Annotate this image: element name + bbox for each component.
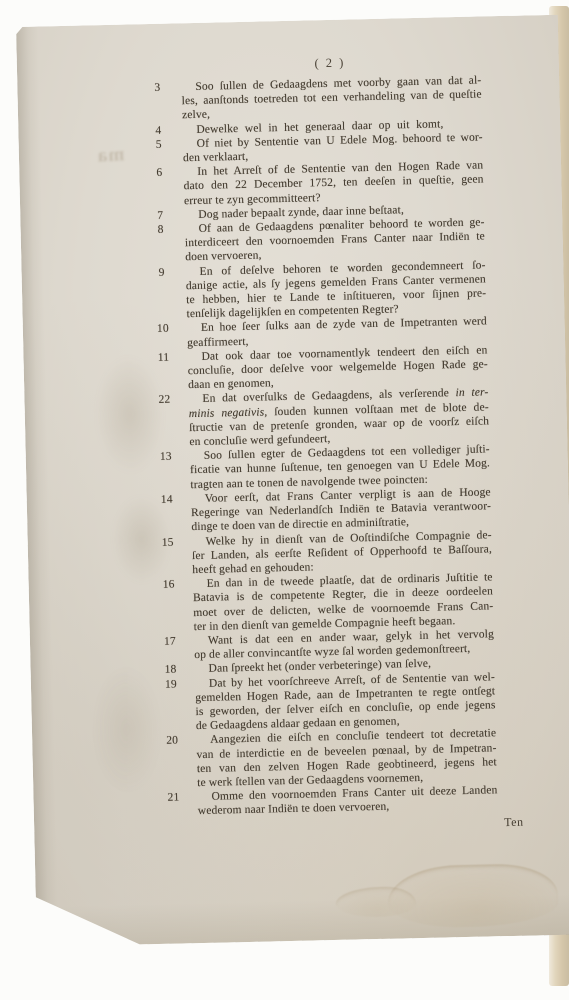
item-number: 20 (158, 734, 186, 749)
list-item: 20Aangezien die eiſch en concluſie tende… (196, 727, 497, 791)
item-number: 16 (155, 577, 183, 592)
item-number: 4 (144, 123, 172, 138)
item-paragraph: Dat by het voorſchreeve Arreſt, of de Se… (195, 670, 496, 734)
item-number: 7 (146, 208, 174, 223)
item-number: 15 (154, 535, 182, 550)
item-paragraph: En dan in de tweede plaatſe, dat de ordi… (193, 570, 494, 634)
list-item: 14Voor eerſt, dat Frans Canter verpligt … (191, 485, 492, 534)
item-number: 9 (147, 265, 175, 280)
item-number: 21 (159, 790, 187, 805)
list-item: 21Omme den voornoemden Frans Canter uit … (197, 783, 498, 818)
list-item: 22En dat overſulks de Gedaagdens, als ve… (188, 386, 489, 450)
catchword: Ten (504, 814, 564, 830)
list-item: 15Welke hy in dienſt van de Ooſtindiſche… (192, 528, 493, 577)
scanned-page: ma ( 2 ) 3Soo ſullen de Gedaagdens met v… (0, 0, 569, 1000)
item-paragraph: En dat overſulks de Gedaagdens, als verſ… (188, 386, 489, 450)
item-paragraph: Dat ook daar toe voornamentlyk tendeert … (187, 343, 488, 392)
list-item: 13Soo ſullen egter de Gedaagdens tot een… (190, 443, 491, 492)
item-paragraph: Soo ſullen de Gedaagdens met voorby gaan… (181, 73, 482, 122)
item-number: 13 (152, 450, 180, 465)
item-paragraph: Of aan de Gedaagdens pœnaliter behoord t… (184, 215, 485, 264)
list-item: 3Soo ſullen de Gedaagdens met voorby gaa… (181, 73, 482, 122)
item-number: 6 (145, 166, 173, 181)
item-number: 3 (143, 80, 171, 95)
show-through-smudge (91, 664, 164, 796)
item-paragraph: En of deſelve behoren te worden gecondem… (185, 258, 486, 322)
item-paragraph: Welke hy in dienſt van de Ooſtindiſche C… (192, 528, 493, 577)
item-paragraph: Soo ſullen egter de Gedaagdens tot een v… (190, 443, 491, 492)
list-item: 8Of aan de Gedaagdens pœnaliter behoord … (184, 215, 485, 264)
list-item: 19Dat by het voorſchreeve Arreſt, of de … (195, 670, 496, 734)
item-number: 22 (150, 393, 178, 408)
item-number: 14 (153, 492, 181, 507)
item-paragraph: Aangezien die eiſch en concluſie tendeer… (196, 727, 497, 791)
ink-show-through: ma (96, 144, 125, 168)
page-number: ( 2 ) (180, 52, 480, 74)
item-number: 11 (149, 350, 177, 365)
item-number: 5 (145, 137, 173, 152)
items-list: 3Soo ſullen de Gedaagdens met voorby gaa… (181, 73, 498, 818)
item-paragraph: Voor eerſt, dat Frans Canter verpligt is… (191, 485, 492, 534)
paper-sheet: ma ( 2 ) 3Soo ſullen de Gedaagdens met v… (16, 15, 569, 947)
item-number: 18 (156, 663, 184, 678)
item-number: 10 (149, 322, 177, 337)
item-number: 19 (157, 677, 185, 692)
item-number: 8 (146, 222, 174, 237)
item-number: 17 (156, 634, 184, 649)
list-item: 11Dat ook daar toe voornamentlyk tendeer… (187, 343, 488, 392)
list-item: 6In het Arreſt of de Sententie van den H… (183, 159, 484, 208)
item-paragraph: In het Arreſt of de Sententie van den Ho… (183, 159, 484, 208)
item-paragraph: Omme den voornoemden Frans Canter uit de… (197, 783, 498, 818)
list-item: 16En dan in de tweede plaatſe, dat de or… (193, 570, 494, 634)
list-item: 9En of deſelve behoren te worden geconde… (185, 258, 486, 322)
